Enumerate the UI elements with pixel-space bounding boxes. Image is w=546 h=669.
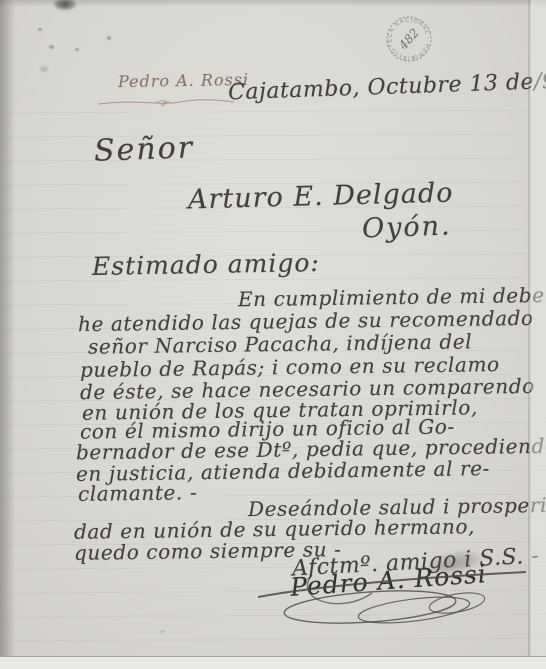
sender-underline-flourish (96, 96, 236, 108)
stain (49, 45, 54, 49)
recipient-salutation: Señor (93, 130, 194, 168)
stain (38, 28, 42, 31)
library-seal-stamp: BIBLIOTECA NACIONAL · PERÚ · 482 (370, 0, 448, 78)
stain (40, 66, 48, 72)
recipient-place: Oyón. (361, 210, 452, 244)
scanned-letter: BIBLIOTECA NACIONAL · PERÚ · 482 Pedro A… (0, 0, 546, 669)
paper-fold-line (528, 0, 530, 669)
stamp-inscription: 482 (395, 26, 421, 53)
greeting: Estimado amigo: (92, 248, 320, 281)
scan-edge-shadow (0, 0, 15, 669)
signature-flourish (252, 545, 532, 635)
stain (107, 36, 111, 40)
body-line: clamante. - (78, 480, 198, 506)
paper-fold-highlight (531, 0, 546, 669)
stain (75, 48, 79, 51)
scan-edge-shadow (0, 0, 546, 7)
stain (160, 630, 165, 633)
scan-background-strip (0, 656, 546, 669)
